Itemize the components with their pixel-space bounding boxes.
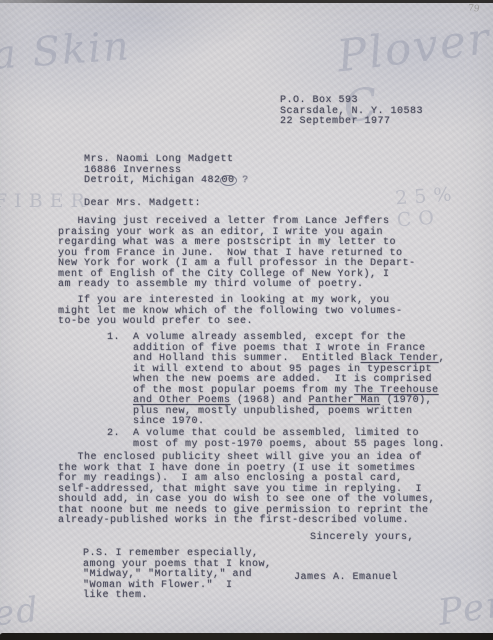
book-title-and-other-poems: and Other Poems [133,395,231,406]
closing-line: Sincerely yours, [310,533,414,544]
inside-address-city: Detroit, Michigan 482 [84,175,221,186]
book-title-the-treehouse: The Treehouse [354,385,439,396]
book-title-panther-man: Panther Man [309,395,381,406]
return-address-block: P.O. Box 593 Scarsdale, N. Y. 10583 22 S… [280,96,423,128]
list-item-1-text: (1968) and [231,395,309,406]
list-item-2: 2. A volume that could be assembled, lim… [107,429,445,450]
salutation: Dear Mrs. Madgett: [84,199,201,210]
body-paragraph-3: The enclosed publicity sheet will give y… [58,453,435,527]
zip-digits-circled-annotation: 00 [220,175,237,186]
watermark-left-caps: FIBER [0,190,92,212]
scan-edge-top [0,0,493,3]
inside-address-line2: 16886 Inverness [84,165,182,176]
scan-edge-bottom [0,633,493,640]
inside-address-block: Mrs. Naomi Long Madgett 16886 Inverness … [84,155,249,187]
watermark-top-left-script: a Skin [0,23,132,79]
zip-question-mark-annotation: ? [242,175,249,186]
watermark-bottom-left-script: ed [0,590,42,635]
scanned-letter-page: a Skin FIBER Plover C 25% CO ed Pen 79 P… [0,0,493,640]
list-item-1-text [107,395,133,406]
body-paragraph-2: If you are interested in looking at my w… [58,296,403,328]
signature-name: James A. Emanuel [294,573,398,584]
body-paragraph-1: Having just received a letter from Lance… [58,217,416,291]
inside-address-line1: Mrs. Naomi Long Madgett [84,154,234,165]
watermark-bottom-right-script: Pen [436,583,493,634]
list-item-1: 1. A volume already assembled, except fo… [107,333,445,428]
postscript-block: P.S. I remember especially, among your p… [83,549,272,602]
book-title-black-tender: Black Tender [361,353,439,364]
pencil-mark: 79 [468,3,480,14]
